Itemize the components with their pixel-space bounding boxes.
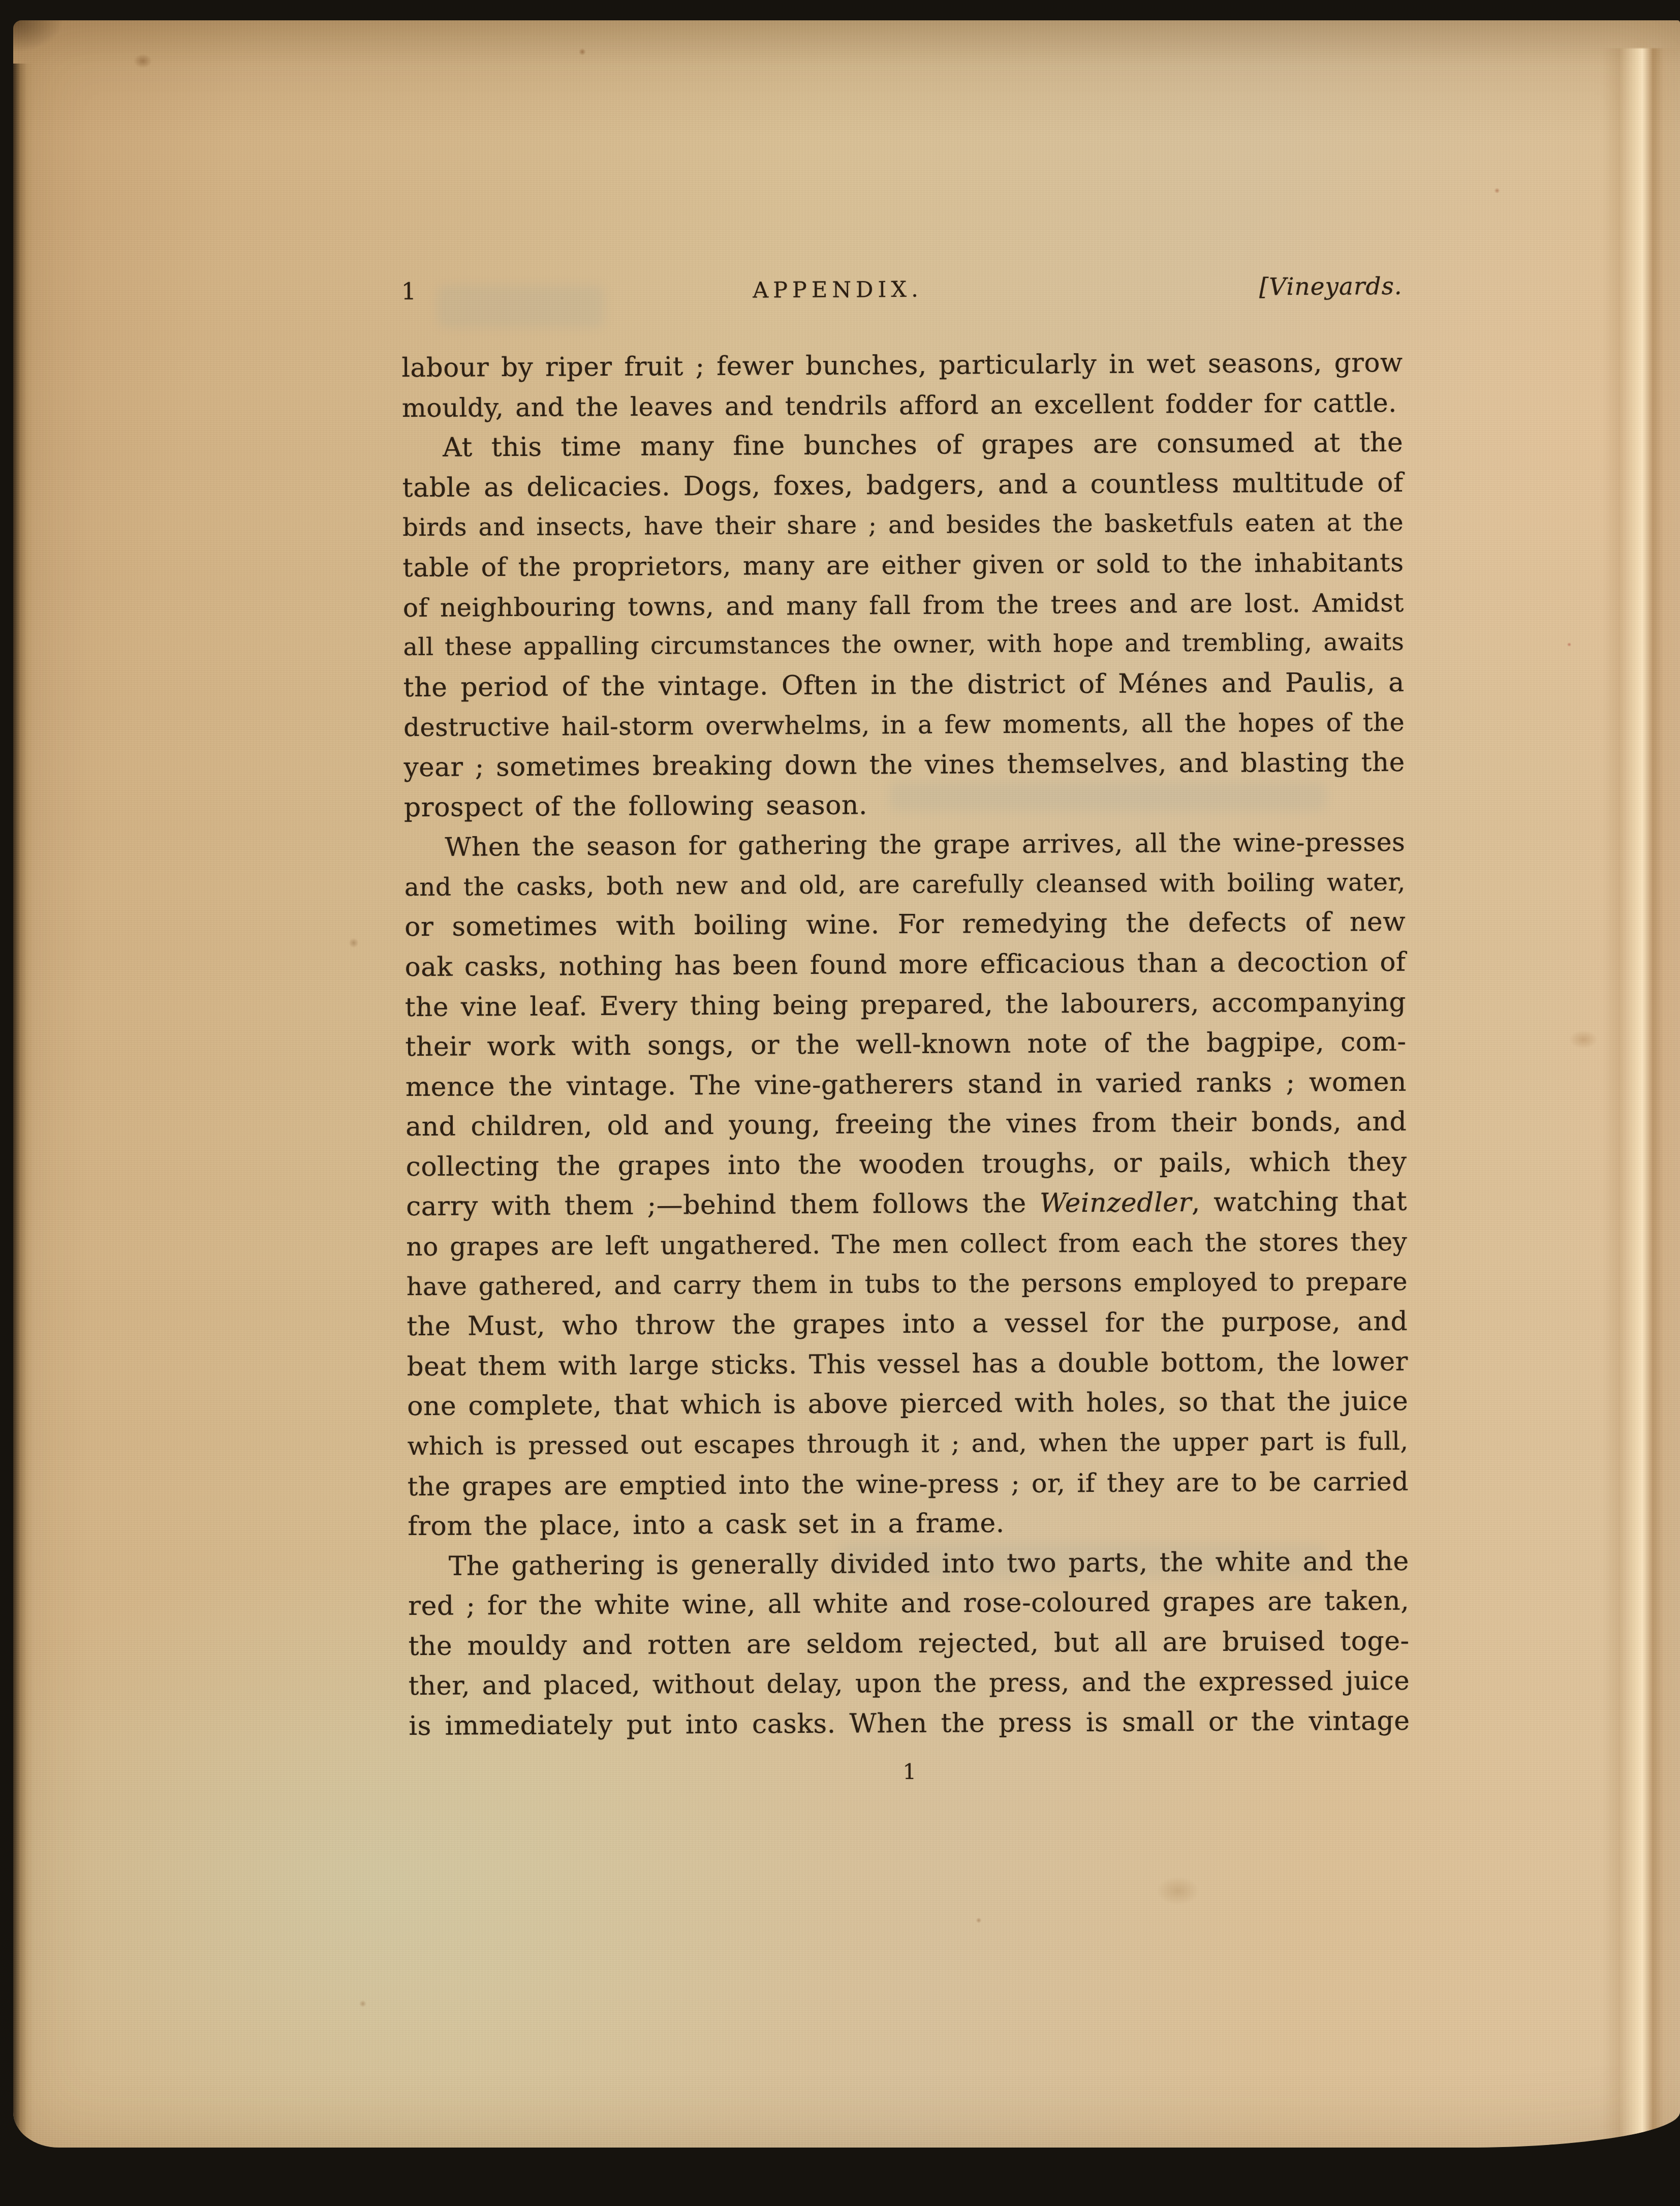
text-line: or sometimes with boiling wine. For reme…: [405, 902, 1406, 947]
text-line: the grapes are emptied into the wine-pre…: [408, 1461, 1409, 1507]
text-line: birds and insects, have their share ; an…: [402, 503, 1404, 548]
text-line: the period of the vintage. Often in the …: [403, 663, 1405, 708]
book-page: 1 APPENDIX. [Vineyards. labour by riper …: [13, 20, 1680, 2148]
text-line: is immediately put into casks. When the …: [409, 1701, 1410, 1747]
text-line: labour by riper fruit ; fewer bunches, p…: [401, 343, 1403, 388]
text-line: prospect of the following season.: [404, 782, 1405, 828]
catchword: [Vineyards.: [1259, 269, 1403, 305]
text-line: oak casks, nothing has been found more e…: [405, 942, 1406, 988]
text-line: beat them with large sticks. This vessel…: [407, 1342, 1408, 1387]
text-line: one complete, that which is above pierce…: [407, 1382, 1408, 1427]
page-header: 1 APPENDIX. [Vineyards.: [401, 268, 1402, 310]
text-line: the vine leaf. Every thing being prepare…: [405, 982, 1406, 1027]
text-line: collecting the grapes into the wooden tr…: [406, 1142, 1407, 1187]
text-line: the Must, who throw the grapes into a ve…: [407, 1302, 1408, 1347]
text-line: and the casks, both new and old, are car…: [405, 862, 1406, 907]
text-line: mouldy, and the leaves and tendrils affo…: [402, 383, 1403, 428]
text-line: At this time many fine bunches of grapes…: [402, 423, 1403, 468]
text-line: which is pressed out escapes through it …: [407, 1422, 1408, 1467]
text-line: from the place, into a cask set in a fra…: [408, 1502, 1409, 1547]
page-number: 1: [401, 273, 416, 309]
text-line: the mouldy and rotten are seldom rejecte…: [408, 1621, 1409, 1667]
text-line: The gathering is generally divided into …: [408, 1542, 1409, 1587]
page-text: labour by riper fruit ; fewer bunches, p…: [401, 343, 1410, 1747]
text-line: no grapes are left ungathered. The men c…: [406, 1222, 1407, 1267]
text-line: table as delicacies. Dogs, foxes, badger…: [402, 463, 1403, 508]
text-line: year ; sometimes breaking down the vines…: [403, 743, 1405, 788]
printed-content: 1 APPENDIX. [Vineyards. labour by riper …: [13, 20, 1680, 2148]
text-line: destructive hail-storm overwhelms, in a …: [403, 702, 1405, 748]
text-line: have gathered, and carry them in tubs to…: [407, 1262, 1408, 1307]
text-line: and children, old and young, freeing the…: [406, 1102, 1407, 1147]
text-line: When the season for gathering the grape …: [404, 822, 1405, 868]
text-line: of neighbouring towns, and many fall fro…: [403, 583, 1404, 628]
text-line: their work with songs, or the well-known…: [405, 1022, 1406, 1067]
running-title: APPENDIX.: [753, 272, 923, 309]
signature-mark: 1: [409, 1757, 1410, 1787]
text-line: carry with them ;—behind them follows th…: [406, 1182, 1407, 1227]
text-line: mence the vintage. The vine-gatherers st…: [406, 1062, 1407, 1107]
text-line: ther, and placed, without delay, upon th…: [409, 1661, 1410, 1706]
text-line: red ; for the white wine, all white and …: [408, 1581, 1409, 1627]
text-line: table of the proprietors, many are eithe…: [402, 543, 1404, 588]
text-line: all these appalling circumstances the ow…: [403, 623, 1404, 668]
